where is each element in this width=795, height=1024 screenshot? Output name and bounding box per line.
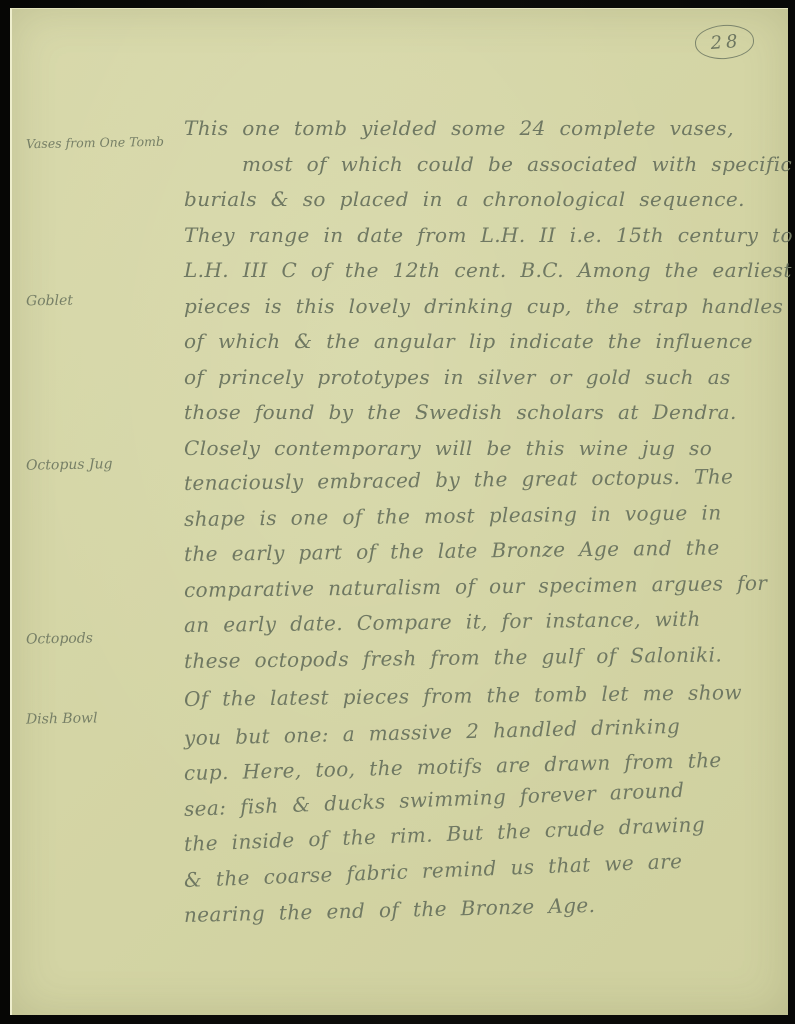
handwritten-line: most of which could be associated with s… bbox=[184, 147, 784, 183]
margin-label-octopods: Octopods bbox=[26, 630, 93, 647]
handwritten-line: They range in date from L.H. II i.e. 15t… bbox=[184, 218, 784, 254]
manuscript-page: 28 Vases from One Tomb Goblet Octopus Ju… bbox=[10, 8, 788, 1015]
margin-label-vases-from-one-tomb: Vases from One Tomb bbox=[26, 134, 164, 151]
handwritten-line: of princely prototypes in silver or gold… bbox=[184, 360, 784, 396]
photo-background: 28 Vases from One Tomb Goblet Octopus Ju… bbox=[0, 0, 795, 1024]
page-number-circle: 28 bbox=[694, 23, 755, 61]
handwritten-line: This one tomb yielded some 24 complete v… bbox=[184, 111, 784, 147]
page-number: 28 bbox=[710, 30, 742, 53]
handwritten-line: L.H. III C of the 12th cent. B.C. Among … bbox=[184, 253, 784, 289]
handwritten-body: This one tomb yielded some 24 complete v… bbox=[184, 111, 784, 934]
handwritten-line: of which & the angular lip indicate the … bbox=[184, 324, 784, 360]
handwritten-line: those found by the Swedish scholars at D… bbox=[184, 395, 784, 431]
handwritten-line: burials & so placed in a chronological s… bbox=[184, 182, 784, 218]
handwritten-line: these octopods fresh from the gulf of Sa… bbox=[184, 636, 784, 679]
margin-label-octopus-jug: Octopus Jug bbox=[26, 456, 113, 474]
handwritten-line: pieces is this lovely drinking cup, the … bbox=[184, 289, 784, 325]
margin-label-dish-bowl: Dish Bowl bbox=[26, 710, 98, 727]
margin-label-goblet: Goblet bbox=[26, 293, 73, 310]
